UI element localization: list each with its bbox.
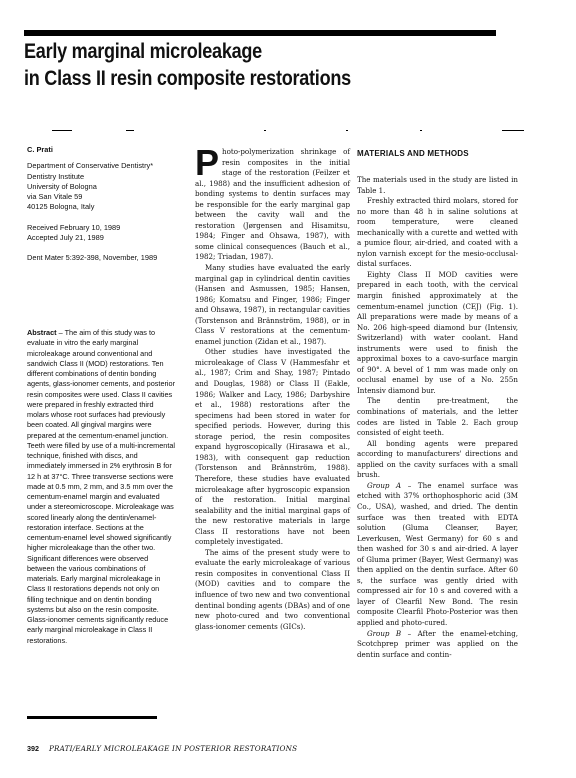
intro-paragraph: Photo-polymerization shrinkage of resin … (195, 147, 350, 263)
page-footer: 392PRATI/EARLY MICROLEAKAGE IN POSTERIOR… (27, 744, 297, 753)
affiliation-line: 40125 Bologna, Italy (27, 202, 187, 212)
abstract-label: Abstract (27, 328, 57, 337)
introduction-column: Photo-polymerization shrinkage of resin … (195, 147, 350, 632)
author-name: C. Prati (27, 145, 187, 155)
methods-paragraph: Group B – After the enamel-etching, Scot… (357, 629, 518, 661)
group-label: Group A (367, 481, 401, 490)
intro-paragraph: Other studies have investigated the micr… (195, 347, 350, 547)
accepted-date: Accepted July 21, 1989 (27, 233, 187, 243)
methods-paragraph: The dentin pre-treatment, the combinatio… (357, 396, 518, 438)
methods-paragraph: The materials used in the study are list… (357, 175, 518, 196)
intro-paragraph: Many studies have evaluated the early ma… (195, 263, 350, 347)
affiliation-line: Dentistry Institute (27, 172, 187, 182)
methods-paragraph: All bonding agents were prepared accordi… (357, 439, 518, 481)
methods-text: – The enamel surface was etched with 37%… (357, 481, 518, 627)
drop-cap: P (195, 148, 219, 178)
running-title: PRATI/EARLY MICROLEAKAGE IN POSTERIOR RE… (49, 744, 297, 753)
affiliation: Department of Conservative Dentistry* De… (27, 161, 187, 212)
author-info: C. Prati Department of Conservative Dent… (27, 145, 187, 264)
methods-column: The materials used in the study are list… (357, 175, 518, 660)
affiliation-line: via San Vitale 59 (27, 192, 187, 202)
affiliation-line: University of Bologna (27, 182, 187, 192)
article-title: Early marginal microleakage in Class II … (24, 38, 437, 92)
affiliation-line: Department of Conservative Dentistry* (27, 161, 187, 171)
group-label: Group B (367, 629, 401, 638)
methods-paragraph: Group A – The enamel surface was etched … (357, 481, 518, 629)
journal-citation: Dent Mater 5:392-398, November, 1989 (27, 253, 187, 263)
abstract-text: – The aim of this study was to evaluate … (27, 328, 175, 645)
title-line-2: in Class II resin composite restorations (24, 65, 437, 92)
abstract-end-rule (27, 716, 157, 719)
methods-paragraph: Freshly extracted third molars, stored f… (357, 196, 518, 270)
section-heading: MATERIALS AND METHODS (357, 149, 469, 158)
section-divider-marks (24, 130, 554, 132)
received-date: Received February 10, 1989 (27, 223, 187, 233)
abstract: Abstract – The aim of this study was to … (27, 328, 177, 646)
title-rule (24, 30, 496, 36)
intro-paragraph: The aims of the present study were to ev… (195, 548, 350, 632)
methods-paragraph: Eighty Class II MOD cavities were prepar… (357, 270, 518, 397)
page-number: 392 (27, 744, 39, 753)
title-line-1: Early marginal microleakage (24, 38, 437, 65)
